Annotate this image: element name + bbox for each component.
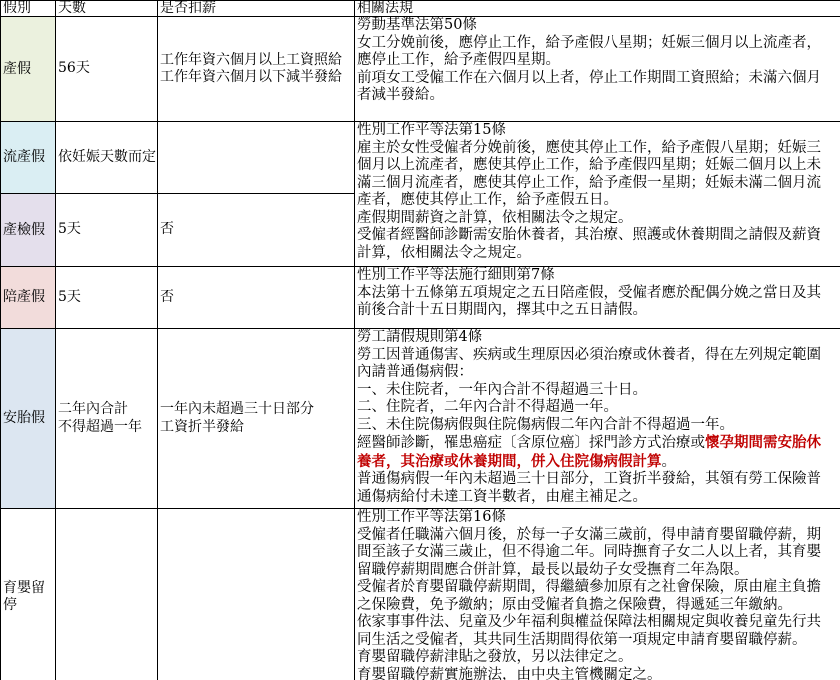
- leave-type-cell: 育嬰留停: [1, 509, 56, 680]
- column-header-pay-deduction: 是否扣薪: [158, 1, 355, 17]
- column-header-regulation: 相關法規: [355, 1, 840, 17]
- days-cell: 5天: [56, 194, 158, 267]
- regulation-cell: 勞動基準法第50條 女工分娩前後，應停止工作，給予產假八星期；妊娠三個月以上流產…: [355, 17, 840, 122]
- leave-type-cell: 流產假: [1, 122, 56, 194]
- regulation-text: 勞工請假規則第4條 勞工因普通傷害、疾病或生理原因必須治療或休養者，得在左列規定…: [357, 329, 821, 451]
- column-header-leave-type: 假別: [1, 1, 56, 17]
- pay-deduction-cell: 否: [158, 194, 355, 267]
- regulation-cell: 勞工請假規則第4條 勞工因普通傷害、疾病或生理原因必須治療或休養者，得在左列規定…: [355, 329, 840, 509]
- days-cell: [56, 509, 158, 680]
- days-cell: 依妊娠天數而定: [56, 122, 158, 194]
- leave-type-cell: 安胎假: [1, 329, 56, 509]
- table-row-pregnancy-rest-leave: 安胎假 二年內合計 不得超過一年 一年內未超過三十日部分 工資折半發給 勞工請假…: [1, 329, 840, 509]
- days-cell: 二年內合計 不得超過一年: [56, 329, 158, 509]
- leave-regulations-table: 假別 天數 是否扣薪 相關法規 產假 56天 工作年資六個月以上工資照給 工作年…: [0, 0, 840, 680]
- regulation-cell: 性別工作平等法第16條 受僱者任職滿六個月後，於每一子女滿三歲前，得申請育嬰留職…: [355, 509, 840, 680]
- days-cell: 5天: [56, 267, 158, 329]
- table-row-paternity-leave: 陪產假 5天 否 性別工作平等法施行細則第7條 本法第十五條第五項規定之五日陪產…: [1, 267, 840, 329]
- regulation-cell-merged: 性別工作平等法第15條 雇主於女性受僱者分娩前後，應使其停止工作，給予產假八星期…: [355, 122, 840, 267]
- leave-type-cell: 產假: [1, 17, 56, 122]
- pay-deduction-cell: [158, 122, 355, 194]
- leave-type-cell: 陪產假: [1, 267, 56, 329]
- days-cell: 56天: [56, 17, 158, 122]
- table-row-miscarriage-leave: 流產假 依妊娠天數而定 性別工作平等法第15條 雇主於女性受僱者分娩前後，應使其…: [1, 122, 840, 194]
- table-row-maternity-leave: 產假 56天 工作年資六個月以上工資照給 工作年資六個月以下減半發給 勞動基準法…: [1, 17, 840, 122]
- header-row: 假別 天數 是否扣薪 相關法規: [1, 1, 840, 17]
- pay-deduction-cell: 工作年資六個月以上工資照給 工作年資六個月以下減半發給: [158, 17, 355, 122]
- pay-deduction-cell: 一年內未超過三十日部分 工資折半發給: [158, 329, 355, 509]
- pay-deduction-cell: 否: [158, 267, 355, 329]
- regulation-cell: 性別工作平等法施行細則第7條 本法第十五條第五項規定之五日陪產假，受僱者應於配偶…: [355, 267, 840, 329]
- leave-type-cell: 產檢假: [1, 194, 56, 267]
- table-row-parental-leave: 育嬰留停 性別工作平等法第16條 受僱者任職滿六個月後，於每一子女滿三歲前，得申…: [1, 509, 840, 680]
- column-header-days: 天數: [56, 1, 158, 17]
- pay-deduction-cell: [158, 509, 355, 680]
